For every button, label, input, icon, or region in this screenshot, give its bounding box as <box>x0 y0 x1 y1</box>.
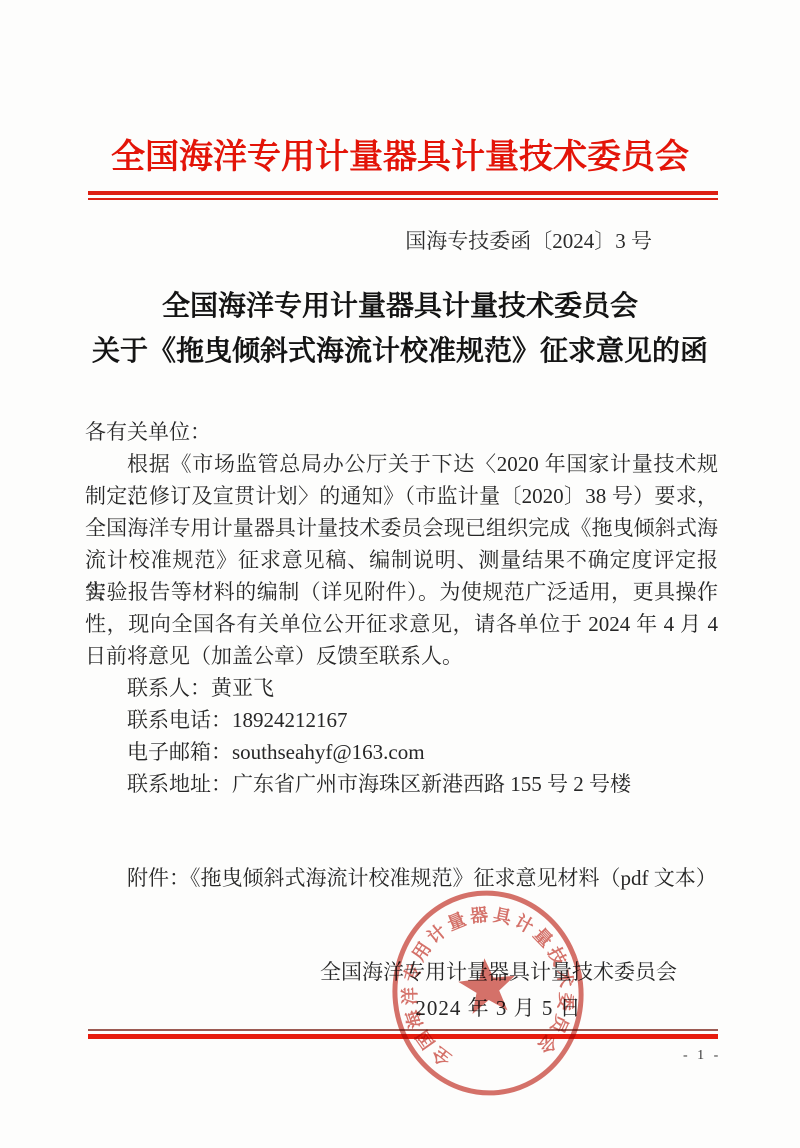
body-line: 流计校准规范》征求意见稿、编制说明、测量结果不确定度评定报告、 <box>85 544 718 576</box>
signature-date: 2024 年 3 月 5 日 <box>320 996 677 1021</box>
attachment-line: 附件：《拖曳倾斜式海流计校准规范》征求意见材料（pdf 文本） <box>85 862 718 894</box>
contact-phone: 联系电话：18924212167 <box>85 704 718 736</box>
body-line: 实验报告等材料的编制（详见附件）。为使规范广泛适用，更具操作 <box>85 576 718 608</box>
footer-rule-thick <box>88 1034 718 1039</box>
document-title: 全国海洋专用计量器具计量技术委员会 关于《拖曳倾斜式海流计校准规范》征求意见的函 <box>0 284 800 374</box>
body-line: 日前将意见（加盖公章）反馈至联系人。 <box>85 640 718 672</box>
signature-block: 全国海洋专用计量器具计量技术委员会 2024 年 3 月 5 日 <box>320 960 677 1021</box>
letterhead-org-title: 全国海洋专用计量器具计量技术委员会 <box>0 129 800 178</box>
document-title-line1: 全国海洋专用计量器具计量技术委员会 <box>0 284 800 329</box>
salutation: 各有关单位： <box>85 416 718 448</box>
official-letter-page: 全国海洋专用计量器具计量技术委员会 国海专技委函〔2024〕3 号 全国海洋专用… <box>0 0 800 1148</box>
contact-email: 电子邮箱：southseahyf@163.com <box>85 736 718 768</box>
contact-address: 联系地址：广东省广州市海珠区新港西路 155 号 2 号楼 <box>85 768 718 800</box>
body-line: 全国海洋专用计量器具计量技术委员会现已组织完成《拖曳倾斜式海 <box>85 512 718 544</box>
letterhead-rule-thin <box>88 198 718 200</box>
footer-rule-thin <box>88 1029 718 1031</box>
body-line: 性，现向全国各有关单位公开征求意见，请各单位于 2024 年 4 月 4 <box>85 608 718 640</box>
letterhead-rule-thick <box>88 191 718 195</box>
letter-body: 各有关单位： 根据《市场监管总局办公厅关于下达〈2020 年国家计量技术规范 制… <box>85 416 718 894</box>
body-line: 制定、修订及宣贯计划〉的通知》（市监计量〔2020〕38 号）要求， <box>85 480 718 512</box>
document-title-line2: 关于《拖曳倾斜式海流计校准规范》征求意见的函 <box>0 329 800 374</box>
signature-org: 全国海洋专用计量器具计量技术委员会 <box>320 960 677 985</box>
document-number: 国海专技委函〔2024〕3 号 <box>405 225 652 255</box>
contact-person: 联系人：黄亚飞 <box>85 672 718 704</box>
body-line: 根据《市场监管总局办公厅关于下达〈2020 年国家计量技术规范 <box>85 448 718 480</box>
page-number: - 1 - <box>683 1048 721 1064</box>
